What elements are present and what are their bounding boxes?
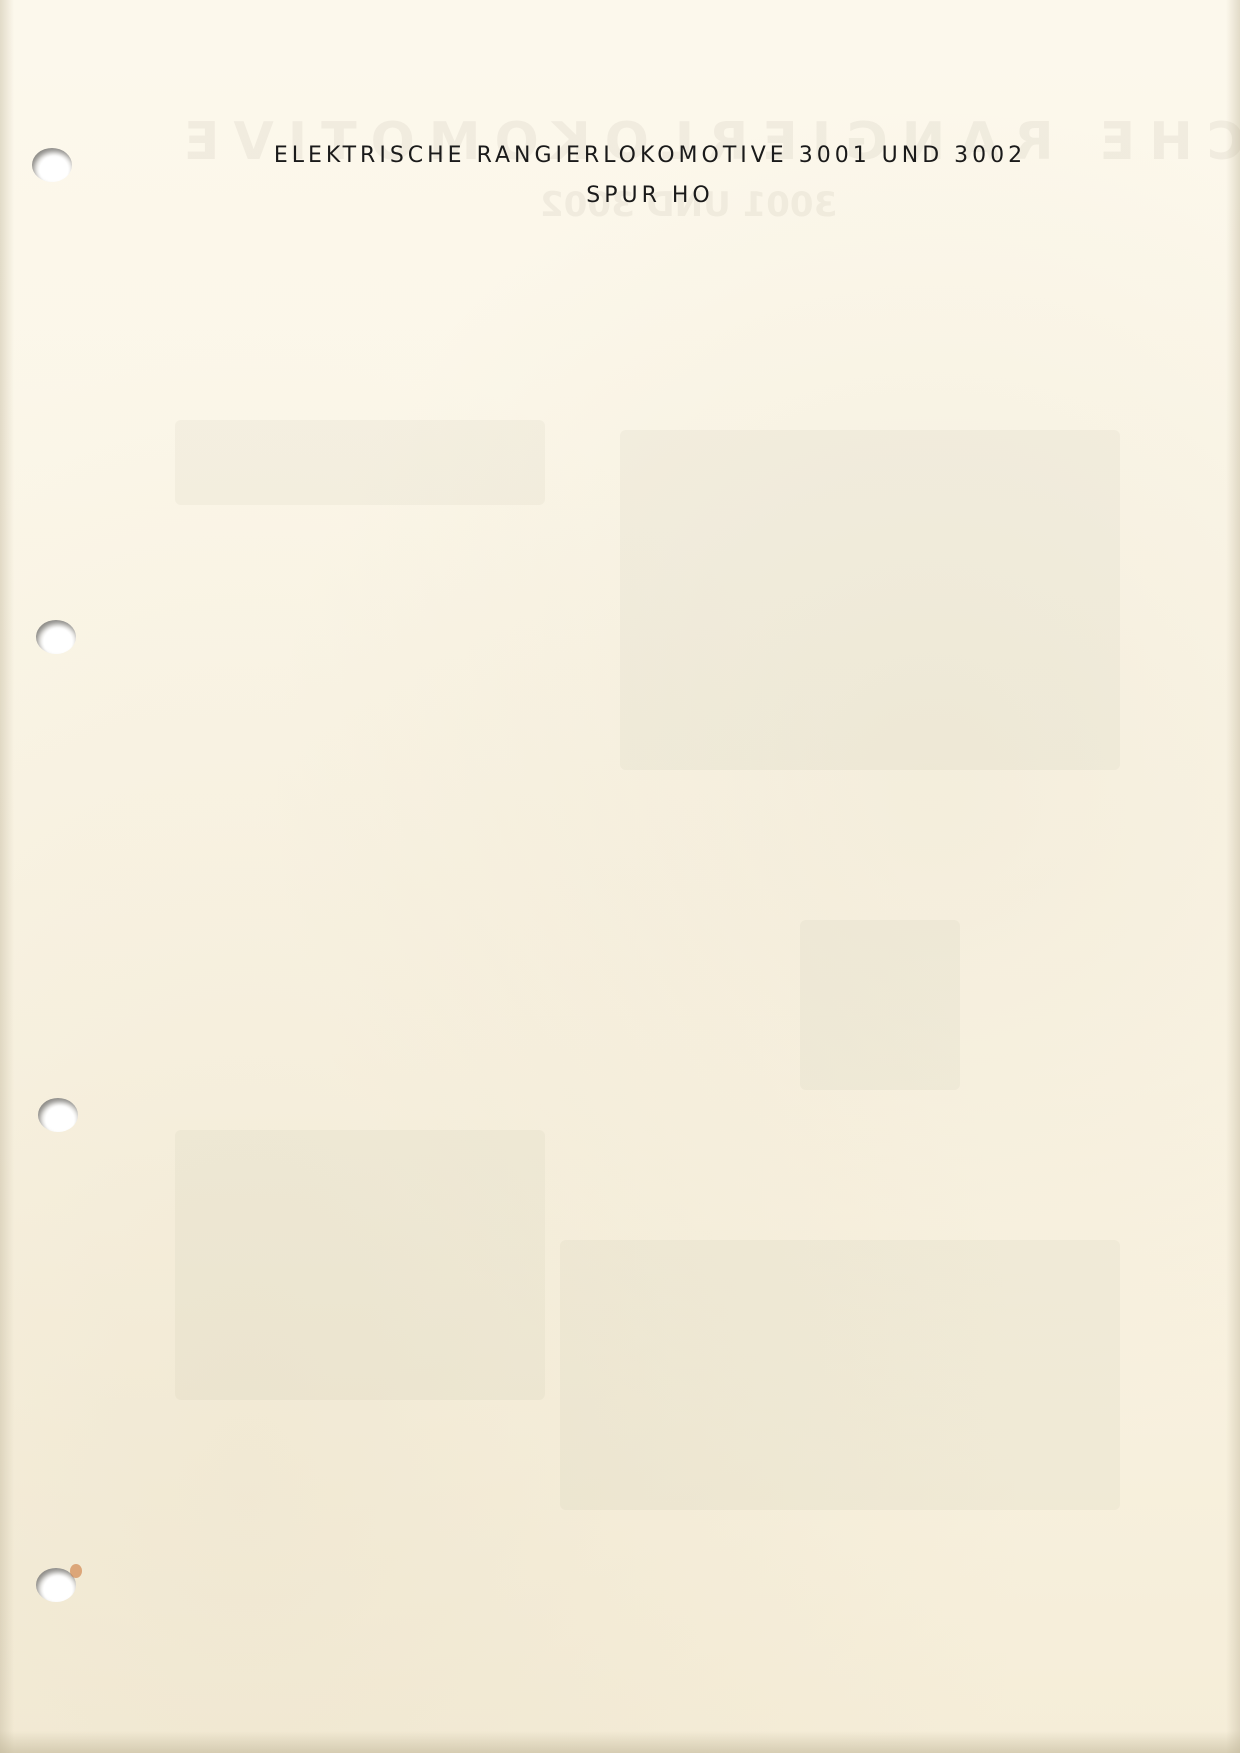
document-subtitle: SPUR HO: [0, 183, 1240, 208]
right-edge-shadow: [1226, 0, 1240, 1753]
punch-hole: [38, 1098, 78, 1132]
show-through-table-2: [175, 1130, 545, 1400]
punch-hole: [36, 1568, 76, 1602]
show-through-figure-1: [620, 430, 1120, 770]
document-title: ELEKTRISCHE RANGIERLOKOMOTIVE 3001 UND 3…: [0, 143, 1240, 168]
show-through-figure-3: [560, 1240, 1120, 1510]
punch-hole: [36, 620, 76, 654]
show-through-table-1: [175, 420, 545, 505]
show-through-figure-2: [800, 920, 960, 1090]
left-edge-shadow: [0, 0, 14, 1753]
paper-page: ELEKTRISCHE RANGIERLOKOMOTIVE 3001 UND 3…: [0, 0, 1240, 1753]
bottom-edge-shadow: [0, 1731, 1240, 1753]
